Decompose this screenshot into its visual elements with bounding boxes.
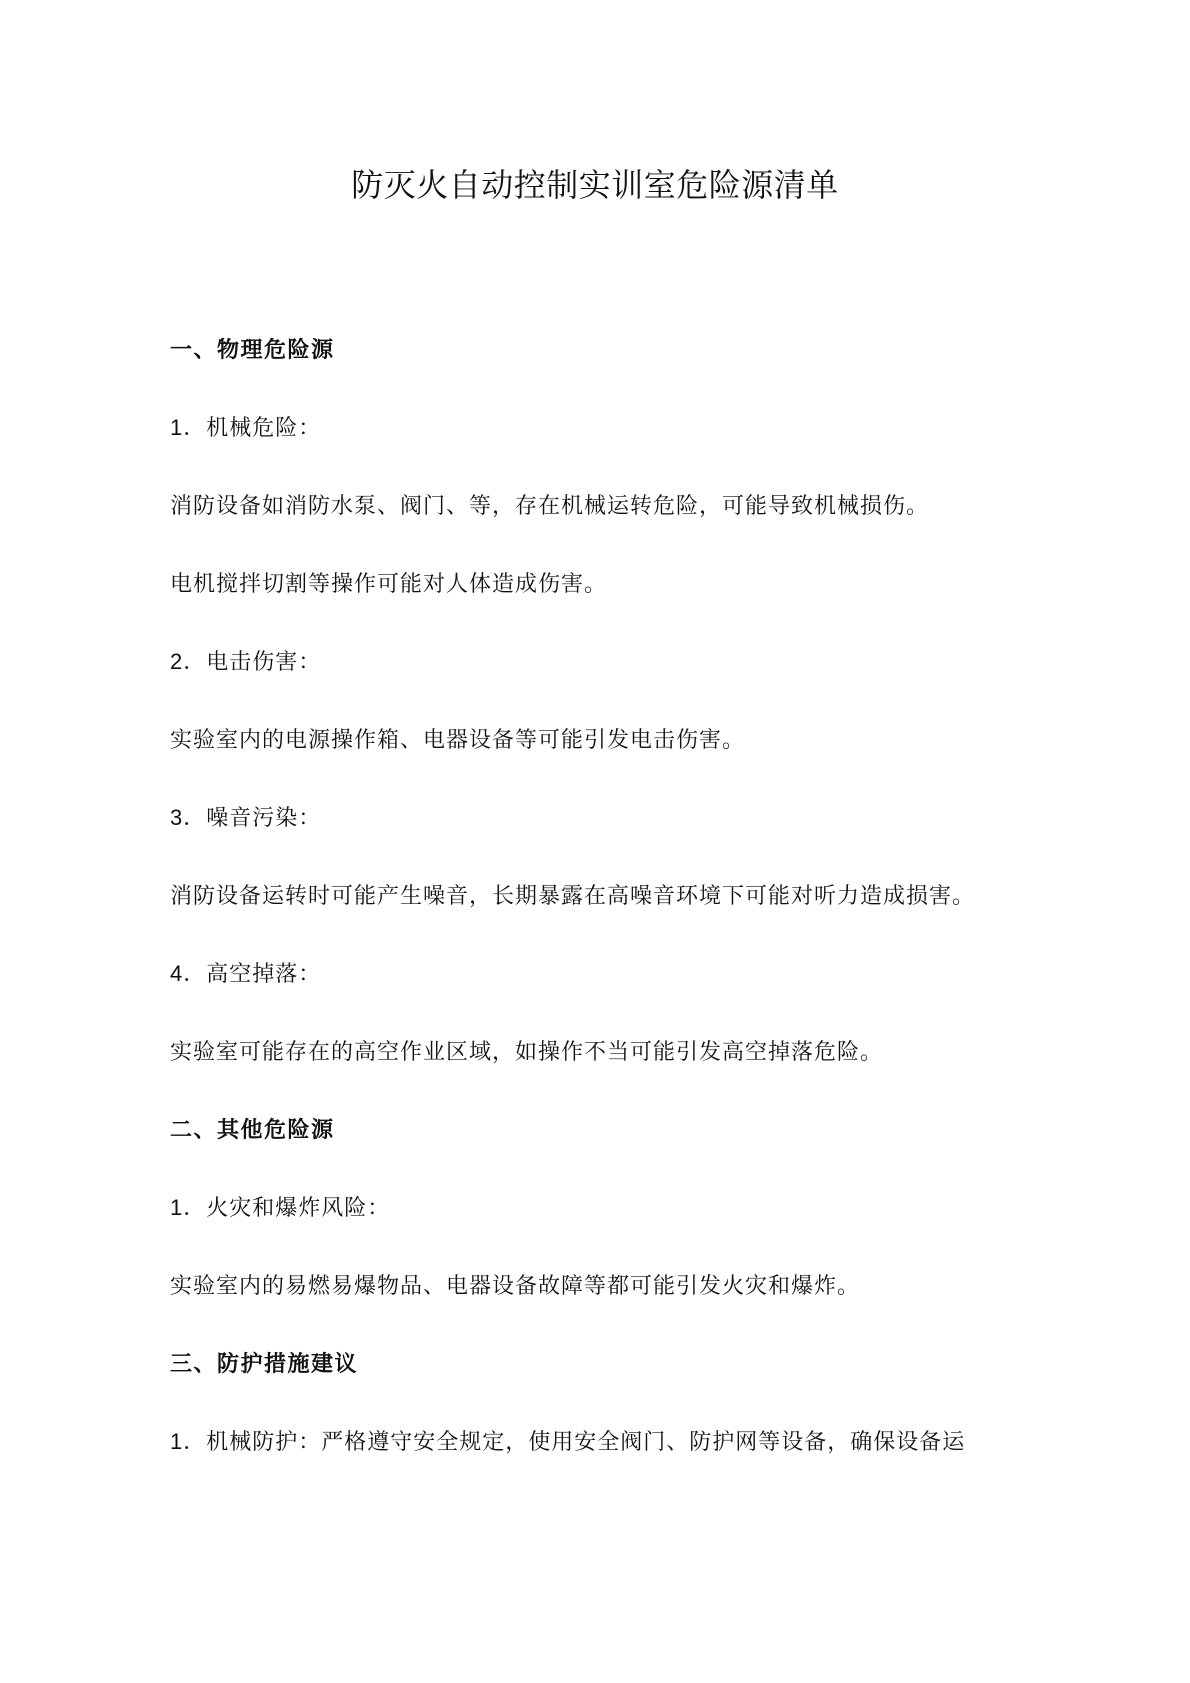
paragraph: 消防设备如消防水泵、阀门、等，存在机械运转危险，可能导致机械损伤。: [170, 467, 1020, 545]
paragraph: 3．噪音污染：: [170, 779, 1020, 857]
document-content: 防灭火自动控制实训室危险源清单 一、物理危险源1．机械危险：消防设备如消防水泵、…: [170, 0, 1020, 1481]
paragraph: 1．机械危险：: [170, 389, 1020, 467]
paragraph: 实验室可能存在的高空作业区域，如操作不当可能引发高空掉落危险。: [170, 1013, 1020, 1091]
paragraph: 2．电击伤害：: [170, 623, 1020, 701]
section-heading: 二、其他危险源: [170, 1091, 1020, 1169]
paragraph: 4．高空掉落：: [170, 935, 1020, 1013]
document-body: 一、物理危险源1．机械危险：消防设备如消防水泵、阀门、等，存在机械运转危险，可能…: [170, 311, 1020, 1481]
document-page: 防灭火自动控制实训室危险源清单 一、物理危险源1．机械危险：消防设备如消防水泵、…: [0, 0, 1190, 1683]
paragraph: 消防设备运转时可能产生噪音，长期暴露在高噪音环境下可能对听力造成损害。: [170, 857, 1020, 935]
paragraph: 实验室内的易燃易爆物品、电器设备故障等都可能引发火灾和爆炸。: [170, 1247, 1020, 1325]
paragraph: 1．火灾和爆炸风险：: [170, 1169, 1020, 1247]
document-title: 防灭火自动控制实训室危险源清单: [170, 0, 1020, 205]
paragraph: 实验室内的电源操作箱、电器设备等可能引发电击伤害。: [170, 701, 1020, 779]
section-heading: 一、物理危险源: [170, 311, 1020, 389]
paragraph: 电机搅拌切割等操作可能对人体造成伤害。: [170, 545, 1020, 623]
paragraph: 1．机械防护：严格遵守安全规定，使用安全阀门、防护网等设备，确保设备运: [170, 1403, 1020, 1481]
section-heading: 三、防护措施建议: [170, 1325, 1020, 1403]
